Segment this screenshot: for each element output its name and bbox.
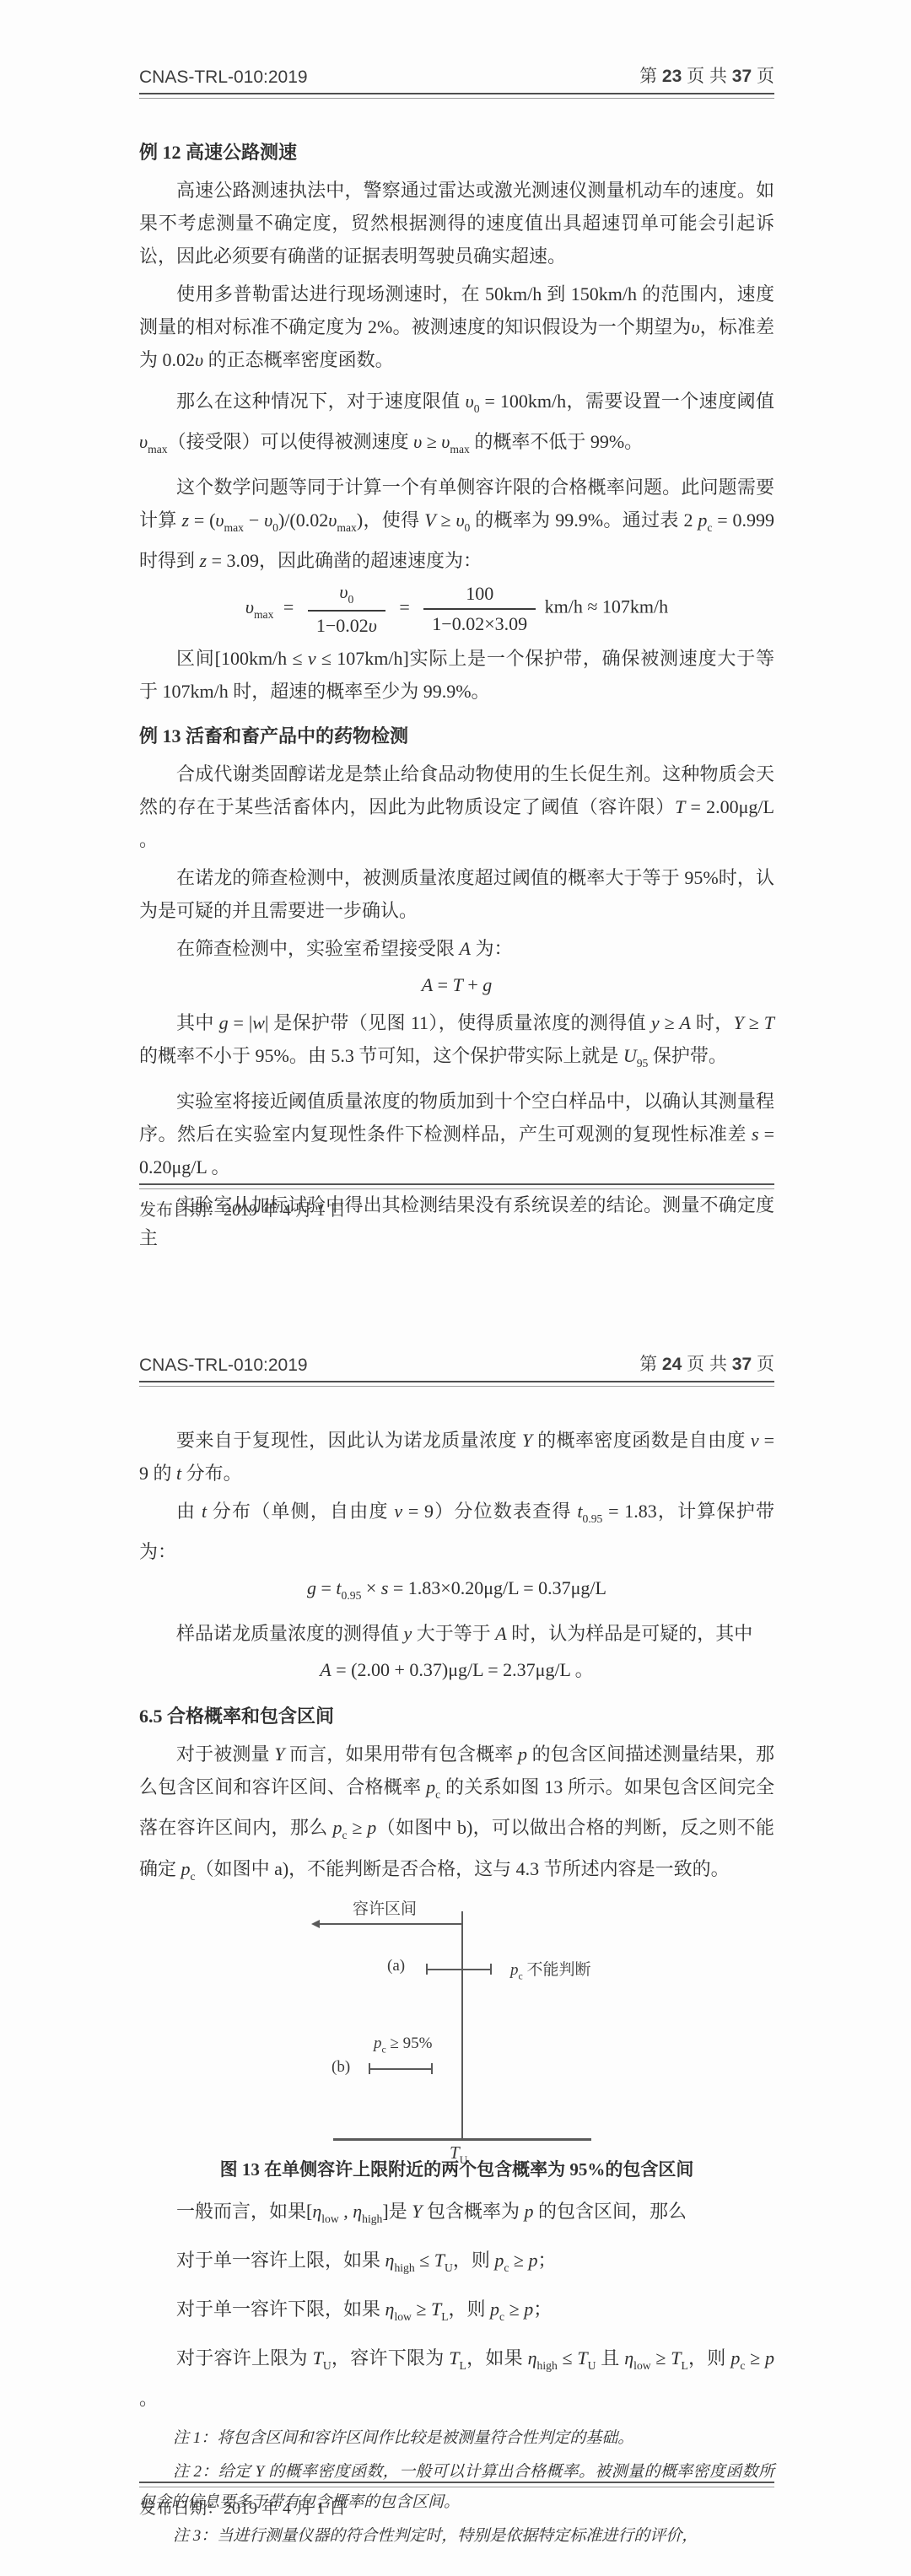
interval-a-annotation: pc 不能判断 [510, 1957, 591, 1982]
page-header: CNAS-TRL-010:2019 第 24 页 共 37 页 [139, 1288, 774, 1376]
page-24: CNAS-TRL-010:2019 第 24 页 共 37 页 要来自于复现性，… [0, 1288, 911, 2576]
page-24-content: CNAS-TRL-010:2019 第 24 页 共 37 页 要来自于复现性，… [0, 1288, 911, 2552]
fraction-2: 100 1−0.02×3.09 [423, 582, 536, 635]
footer-publish-date: 发布日期：2019 年 4 月 1 日 [139, 1189, 774, 1221]
header-doc-code: CNAS-TRL-010:2019 [139, 1355, 308, 1376]
fraction-2-numerator: 100 [423, 582, 536, 610]
page-footer: 发布日期：2019 年 4 月 1 日 [139, 1183, 774, 1221]
interval-a-tag: (a) [387, 1957, 405, 1975]
equals-sign: = [283, 596, 294, 617]
fraction-1-numerator: υ0 [308, 580, 385, 611]
header-page-number: 第 23 页 共 37 页 [639, 62, 774, 88]
page-23: CNAS-TRL-010:2019 第 23 页 共 37 页 例 12 高速公… [0, 0, 911, 1288]
figure-13: 容许区间 (a) pc 不能判断 (b) pc ≥ 95% TU [139, 1900, 774, 2148]
equals-sign: = [399, 596, 409, 617]
heading-6-5: 6.5 合格概率和包含区间 [139, 1700, 774, 1733]
tolerance-interval-label: 容许区间 [353, 1896, 417, 1919]
interval-a-line [426, 1969, 492, 1970]
paragraph-reproducibility: 要来自于复现性，因此认为诺龙质量浓度 Y 的概率密度函数是自由度 v = 9 的… [139, 1424, 774, 1490]
fraction-1-denominator: 1−0.02υ [308, 612, 385, 638]
page-footer: 发布日期：2019 年 4 月 1 日 [139, 2482, 774, 2519]
paragraph-guard-band-interval: 区间[100km/h ≤ v ≤ 107km/h]实际上是一个保护带，确保被测速… [139, 642, 774, 708]
paragraph-speed-limit: 那么在这种情况下，对于速度限值 υ0 = 100km/h，需要设置一个速度阈值 … [139, 385, 774, 466]
interval-b-tag: (b) [332, 2058, 350, 2077]
footer-rule [139, 1183, 774, 1189]
formula-guard-band: g = t0.95 × s = 1.83×0.20μg/L = 0.37μg/L [139, 1571, 774, 1612]
interval-b-left-tick [369, 2063, 370, 2074]
paragraph-nandrolone-intro: 合成代谢类固醇诺龙是禁止给食品动物使用的生长促生剂。这种物质会天然的存在于某些活… [139, 757, 774, 856]
footer-rule [139, 2482, 774, 2487]
paragraph-both-limits-rule: 对于容许上限为 TU，容许下限为 TL，如果 ηhigh ≤ TU 且 ηlow… [139, 2342, 774, 2415]
formula-vmax-result: km/h ≈ 107km/h [545, 596, 669, 617]
page-23-content: CNAS-TRL-010:2019 第 23 页 共 37 页 例 12 高速公… [0, 0, 911, 1254]
formula-vmax: υmax = υ0 1−0.02υ = 100 1−0.02×3.09 km/h… [139, 580, 774, 637]
interval-b-right-tick [431, 2063, 433, 2074]
paragraph-doppler-radar: 使用多普勒雷达进行现场测速时，在 50km/h 到 150km/h 的范围内，速… [139, 278, 774, 376]
fraction-1: υ0 1−0.02υ [308, 580, 385, 637]
footer-publish-date: 发布日期：2019 年 4 月 1 日 [139, 2487, 774, 2519]
paragraph-screening-test: 在诺龙的筛查检测中，被测质量浓度超过阈值的概率大于等于 95%时，认为是可疑的并… [139, 861, 774, 927]
interval-b-line [369, 2068, 433, 2070]
figure-baseline [333, 2138, 591, 2141]
interval-b-annotation: pc ≥ 95% [374, 2034, 433, 2056]
heading-example-13: 例 13 活畜和畜产品中的药物检测 [139, 719, 774, 752]
document-canvas: CNAS-TRL-010:2019 第 23 页 共 37 页 例 12 高速公… [0, 0, 911, 2576]
page-header: CNAS-TRL-010:2019 第 23 页 共 37 页 [139, 0, 774, 88]
formula-vmax-lhs: υmax [245, 596, 274, 617]
note-3: 注 3：当进行测量仪器的符合性判定时，特别是依据特定标准进行的评价， [139, 2521, 774, 2552]
interval-a-right-tick [490, 1964, 492, 1975]
axis-label-tu: TU [450, 2142, 467, 2167]
paragraph-upper-limit-rule: 对于单一容许上限，如果 ηhigh ≤ TU，则 pc ≥ p； [139, 2244, 774, 2284]
header-page-number: 第 24 页 共 37 页 [639, 1350, 774, 1376]
paragraph-math-problem: 这个数学问题等同于计算一个有单侧容许限的合格概率问题。此问题需要计算 z = (… [139, 471, 774, 577]
tolerance-interval-line [318, 1923, 463, 1925]
paragraph-suspect-sample: 样品诺龙质量浓度的测得值 y 大于等于 A 时，认为样品是可疑的，其中 [139, 1617, 774, 1650]
header-rule [139, 1381, 774, 1387]
header-rule [139, 93, 774, 99]
paragraph-acceptance-limit: 在筛查检测中，实验室希望接受限 A 为： [139, 932, 774, 965]
header-doc-code: CNAS-TRL-010:2019 [139, 67, 308, 88]
note-1: 注 1：将包含区间和容许区间作比较是被测量符合性判定的基础。 [139, 2423, 774, 2454]
formula-acceptance: A = T + g [139, 968, 774, 1001]
paragraph-t-distribution: 由 t 分布（单侧，自由度 v = 9）分位数表查得 t0.95 = 1.83，… [139, 1495, 774, 1568]
paragraph-coverage-interval: 对于被测量 Y 而言，如果用带有包含概率 p 的包含区间描述测量结果，那么包含区… [139, 1738, 774, 1892]
paragraph-lab-samples: 实验室将接近阈值质量浓度的物质加到十个空白样品中，以确认其测量程序。然后在实验室… [139, 1085, 774, 1183]
heading-example-12: 例 12 高速公路测速 [139, 136, 774, 169]
paragraph-guard-band-g: 其中 g = |w| 是保护带（见图 11），使得质量浓度的测得值 y ≥ A … [139, 1006, 774, 1080]
tolerance-limit-vertical-line [461, 1911, 463, 2140]
paragraph-speeding-intro: 高速公路测速执法中，警察通过雷达或激光测速仪测量机动车的速度。如果不考虑测量不确… [139, 174, 774, 272]
formula-acceptance-value: A = (2.00 + 0.37)μg/L = 2.37μg/L 。 [139, 1653, 774, 1686]
paragraph-general-interval: 一般而言，如果[ηlow , ηhigh]是 Y 包含概率为 p 的包含区间，那… [139, 2195, 774, 2235]
fraction-2-denominator: 1−0.02×3.09 [423, 610, 536, 636]
interval-a-left-tick [426, 1964, 428, 1975]
paragraph-lower-limit-rule: 对于单一容许下限，如果 ηlow ≥ TL，则 pc ≥ p； [139, 2293, 774, 2333]
